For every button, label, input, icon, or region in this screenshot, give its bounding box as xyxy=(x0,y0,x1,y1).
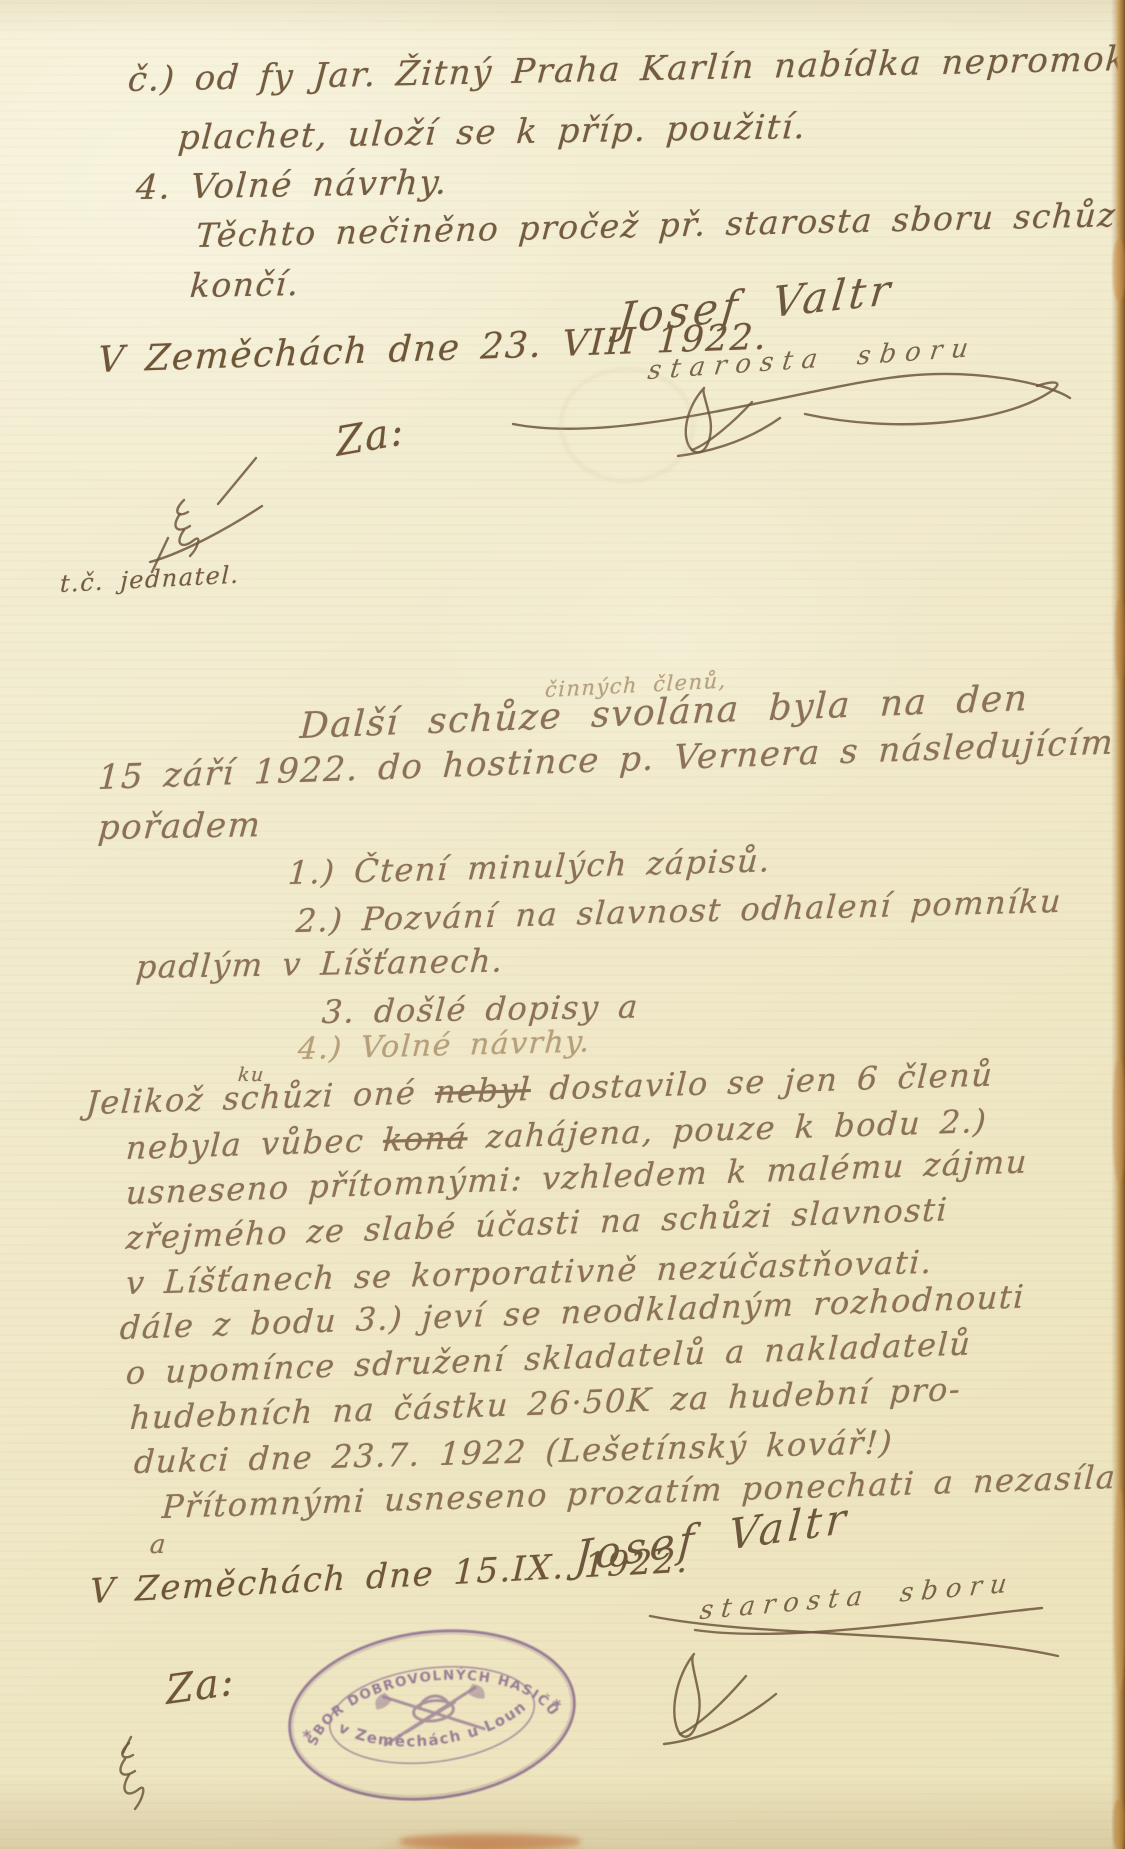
manuscript-page: č.) od fy Jar. Žitný Praha Karlín nabídk… xyxy=(0,0,1125,1849)
edge-stain xyxy=(1113,1800,1125,1849)
struck-word: koná xyxy=(382,1118,468,1159)
struck-word: nebyl xyxy=(434,1070,532,1111)
secretary-note: t.č. jednatel. xyxy=(60,561,241,599)
edge-stain xyxy=(1113,240,1125,300)
manuscript-line: č.) od fy Jar. Žitný Praha Karlín nabídk… xyxy=(127,37,1125,100)
embossed-seal-ghost xyxy=(560,368,694,482)
manuscript-line: pořadem xyxy=(97,805,263,848)
manuscript-line: 4. Volné návrhy. xyxy=(135,163,450,208)
stamp-star-right: * xyxy=(552,1696,563,1717)
agenda-item: 3. došlé dopisy a xyxy=(321,987,641,1031)
line-segment: Jelikož schůzi oné xyxy=(85,1074,418,1122)
za-label: Za: xyxy=(165,1658,236,1714)
manuscript-line: končí. xyxy=(189,264,301,305)
edge-stain xyxy=(1113,1060,1125,1180)
agenda-item: 2.) Pozvání na slavnost odhalení pomníku xyxy=(295,882,1063,940)
stamp-graphic: SBOR DOBROVOLNÝCH HASIČŮ v Zeměchách u L… xyxy=(272,1608,591,1821)
agenda-item: 4.) Volné návrhy. xyxy=(297,1024,592,1067)
edge-stain xyxy=(1114,1490,1125,1690)
bottom-smudge xyxy=(400,1834,580,1849)
fire-brigade-stamp: SBOR DOBROVOLNÝCH HASIČŮ v Zeměchách u L… xyxy=(272,1608,591,1821)
agenda-item: padlým v Líšťanech. xyxy=(135,942,505,986)
manuscript-line: plachet, uloží se k příp. použití. xyxy=(177,107,808,158)
edge-stain xyxy=(1115,600,1125,680)
svg-text:v Zeměchách u Loun: v Zeměchách u Loun xyxy=(334,1696,533,1761)
secretary-paraph xyxy=(95,1735,210,1835)
line-segment: nebyla vůbec xyxy=(125,1121,366,1167)
signature-monogram xyxy=(650,1646,785,1761)
za-label: Za: xyxy=(334,408,407,466)
stray-letter: a xyxy=(149,1530,169,1560)
line-segment: dostavilo se jen 6 členů xyxy=(548,1055,994,1107)
agenda-item: 1.) Čtení minulých zápisů. xyxy=(287,841,772,892)
stamp-bottom-text: v Zeměchách u Loun xyxy=(334,1696,533,1761)
